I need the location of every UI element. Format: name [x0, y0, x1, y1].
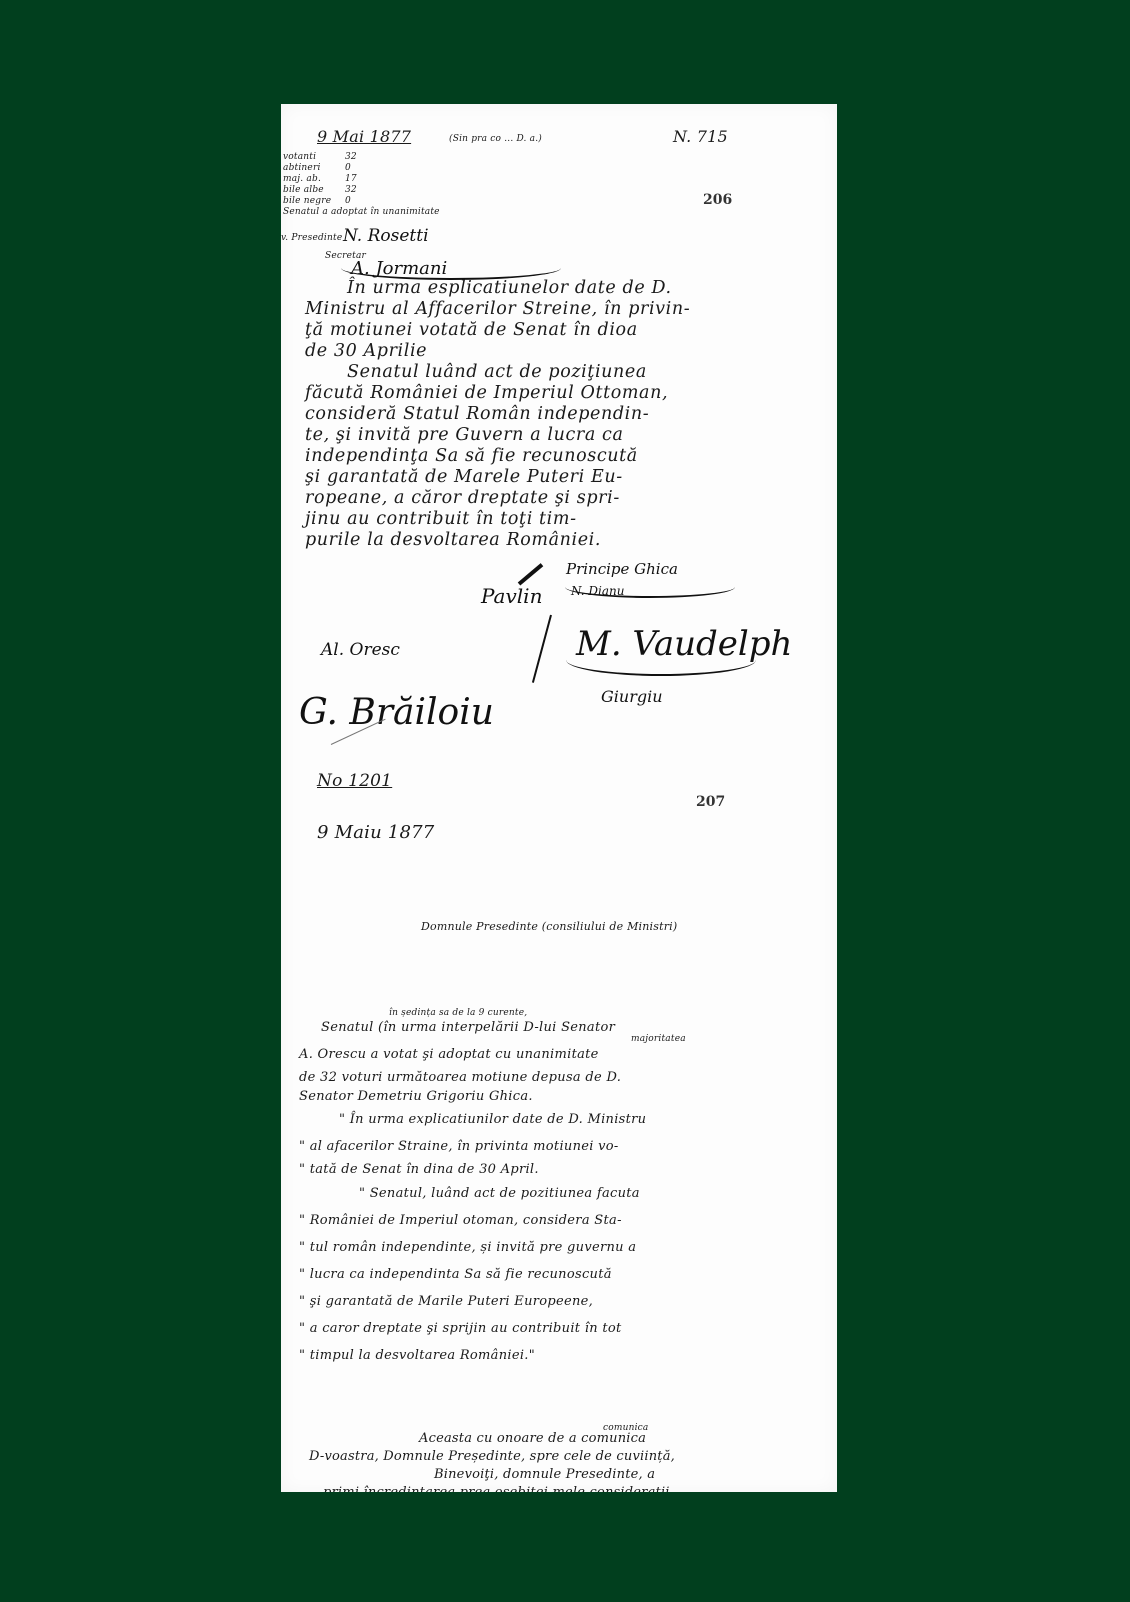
letter-line: " tată de Senat în dina de 30 April.	[299, 1160, 646, 1180]
letter-line-text: Senatul (în urma interpelării D-lui Sena…	[321, 1020, 615, 1035]
header-number: N. 715	[673, 128, 728, 146]
tally-label: bile albe	[283, 185, 345, 196]
signature-orescu: Al. Oresc	[321, 640, 400, 660]
letter-line-text: lucra ca independinta Sa să fie recunosc…	[310, 1267, 612, 1282]
tally-value: 32	[345, 152, 357, 163]
letter-closing: Aceasta cu onoare de a comunica D-voastr…	[309, 1430, 675, 1492]
tally-label: abtineri	[283, 163, 345, 174]
motion-line: te, şi invită pre Guvern a lucra ca	[305, 425, 690, 446]
signature-stroke	[518, 563, 544, 585]
quote-mark: "	[299, 1348, 305, 1363]
signature-pavlin: Pavlin	[481, 584, 542, 608]
vice-president-signature: N. Rosetti	[343, 226, 429, 246]
letter-line: " a caror dreptate şi sprijin au contrib…	[299, 1315, 646, 1342]
quote-mark: "	[299, 1162, 305, 1177]
letter-line-text: tată de Senat în dina de 30 April.	[310, 1162, 539, 1177]
letter-line: de 32 voturi următoarea motiune depusa d…	[299, 1068, 646, 1088]
quote-mark: "	[359, 1186, 365, 1201]
tally-value: 0	[345, 163, 351, 174]
letter-number-text: No 1201	[317, 771, 392, 791]
quote-mark: "	[299, 1321, 305, 1336]
quote-mark: "	[299, 1294, 305, 1309]
tally-row: votanti32	[283, 152, 440, 163]
signature-flourish	[565, 576, 735, 598]
page-number-207: 207	[696, 794, 725, 810]
motion-line: de 30 Aprilie	[305, 341, 690, 362]
motion-line: Ministru al Affacerilor Streine, în priv…	[305, 299, 690, 320]
letter-line-text: tul român independinte, și invită pre gu…	[310, 1240, 637, 1255]
letter-line-text: şi garantată de Marile Puteri Europeene,	[310, 1294, 593, 1309]
vote-tally: votanti32 abtineri0 maj. ab.17 bile albe…	[283, 152, 440, 218]
letter-line: A. Orescu a votat şi adoptat cu unanimit…	[299, 1041, 646, 1068]
tally-row: bile negre0	[283, 196, 440, 207]
tally-label: bile negre	[283, 196, 345, 207]
letter-line-text: În urma explicatiunilor date de D. Minis…	[350, 1112, 647, 1127]
quote-mark: "	[299, 1213, 305, 1228]
signature-stroke	[532, 615, 552, 683]
letter-number: No 1201	[317, 772, 392, 790]
letter-line-text: a caror dreptate şi sprijin au contribui…	[310, 1321, 622, 1336]
motion-line: Senatul luând act de poziţiunea	[305, 362, 690, 383]
letter-body: Senatul (în urma interpelării D-lui Sena…	[299, 1014, 646, 1369]
motion-text-206: În urma esplicatiunelor date de D. Minis…	[305, 278, 690, 551]
motion-line: independinţa Sa să fie recunoscută	[305, 446, 690, 467]
motion-line: şi garantată de Marele Puteri Eu-	[305, 467, 690, 488]
letter-line-text: României de Imperiul otoman, considera S…	[310, 1213, 622, 1228]
addressee: Domnule Presedinte (consiliului de Minis…	[421, 920, 677, 934]
quote-mark: "	[299, 1240, 305, 1255]
letter-line: " În urma explicatiunilor date de D. Min…	[299, 1106, 646, 1133]
letter-line-text: Senator Demetriu Grigoriu Ghica.	[299, 1089, 533, 1104]
tally-label: maj. ab.	[283, 174, 345, 185]
motion-line: ropeane, a căror dreptate şi spri-	[305, 488, 690, 509]
tally-label: votanti	[283, 152, 345, 163]
motion-line: purile la desvoltarea României.	[305, 530, 690, 551]
signature-brailoiu: G. Brăiloiu	[299, 692, 494, 733]
motion-line: consideră Statul Român independin-	[305, 404, 690, 425]
tally-value: 17	[345, 174, 357, 185]
signature-giurgiu: Giurgiu	[601, 687, 663, 706]
letter-line: " Senatul, luând act de pozitiunea facut…	[299, 1180, 646, 1207]
letter-line: " timpul la desvoltarea României."	[299, 1342, 646, 1369]
document-page: 9 Mai 1877 (Sin pra co ... D. a.) N. 715…	[281, 104, 837, 1492]
motion-line: ţă motiunei votată de Senat în dioa	[305, 320, 690, 341]
letter-line: Senatul (în urma interpelării D-lui Sena…	[299, 1014, 646, 1041]
letter-line-text: al afacerilor Straine, în privinta motiu…	[310, 1139, 619, 1154]
motion-line: jinu au contribuit în toţi tim-	[305, 509, 690, 530]
quote-mark: "	[299, 1139, 305, 1154]
letter-date: 9 Maiu 1877	[317, 824, 434, 842]
quote-mark: "	[339, 1112, 345, 1127]
letter-line-text: Senatul, luând act de pozitiunea facuta	[370, 1186, 640, 1201]
signature-flourish	[566, 644, 756, 676]
letter-line: Senator Demetriu Grigoriu Ghica.	[299, 1088, 646, 1106]
quote-mark: "	[299, 1267, 305, 1282]
tally-value: 32	[345, 185, 357, 196]
header-date: 9 Mai 1877	[317, 128, 411, 146]
closing-line: Binevoiţi, domnule Presedinte, a	[309, 1466, 675, 1484]
letter-line-text: timpul la desvoltarea României."	[310, 1348, 535, 1363]
tally-value: 0	[345, 196, 351, 207]
letter-line-text: de 32 voturi următoarea motiune depusa d…	[299, 1070, 621, 1085]
letter-line: " lucra ca independinta Sa să fie recuno…	[299, 1261, 646, 1288]
motion-line: făcută României de Imperiul Ottoman,	[305, 383, 690, 404]
vice-president-label: v. Presedinte	[281, 233, 342, 244]
letter-line: " României de Imperiul otoman, considera…	[299, 1207, 646, 1234]
signature-flourish	[341, 256, 561, 280]
closing-line: primi încredintarea prea osebitei mele c…	[309, 1484, 675, 1492]
adopted-line: Senatul a adoptat în unanimitate	[283, 207, 440, 218]
letter-line-text: A. Orescu a votat şi adoptat cu unanimit…	[299, 1047, 599, 1062]
closing-line: D-voastra, Domnule Președinte, spre cele…	[309, 1448, 675, 1466]
header-date-text: 9 Mai 1877	[317, 127, 411, 146]
header-number-text: N. 715	[673, 127, 728, 146]
tally-row: abtineri0	[283, 163, 440, 174]
tally-row: bile albe32	[283, 185, 440, 196]
closing-line: Aceasta cu onoare de a comunica	[309, 1430, 675, 1448]
header-note: (Sin pra co ... D. a.)	[449, 134, 542, 145]
letter-line: " şi garantată de Marile Puteri Europeen…	[299, 1288, 646, 1315]
motion-line: În urma esplicatiunelor date de D.	[305, 278, 690, 299]
letter-line: " tul român independinte, și invită pre …	[299, 1234, 646, 1261]
tally-row: maj. ab.17	[283, 174, 440, 185]
page-number-206: 206	[703, 192, 732, 208]
letter-line: " al afacerilor Straine, în privinta mot…	[299, 1133, 646, 1160]
